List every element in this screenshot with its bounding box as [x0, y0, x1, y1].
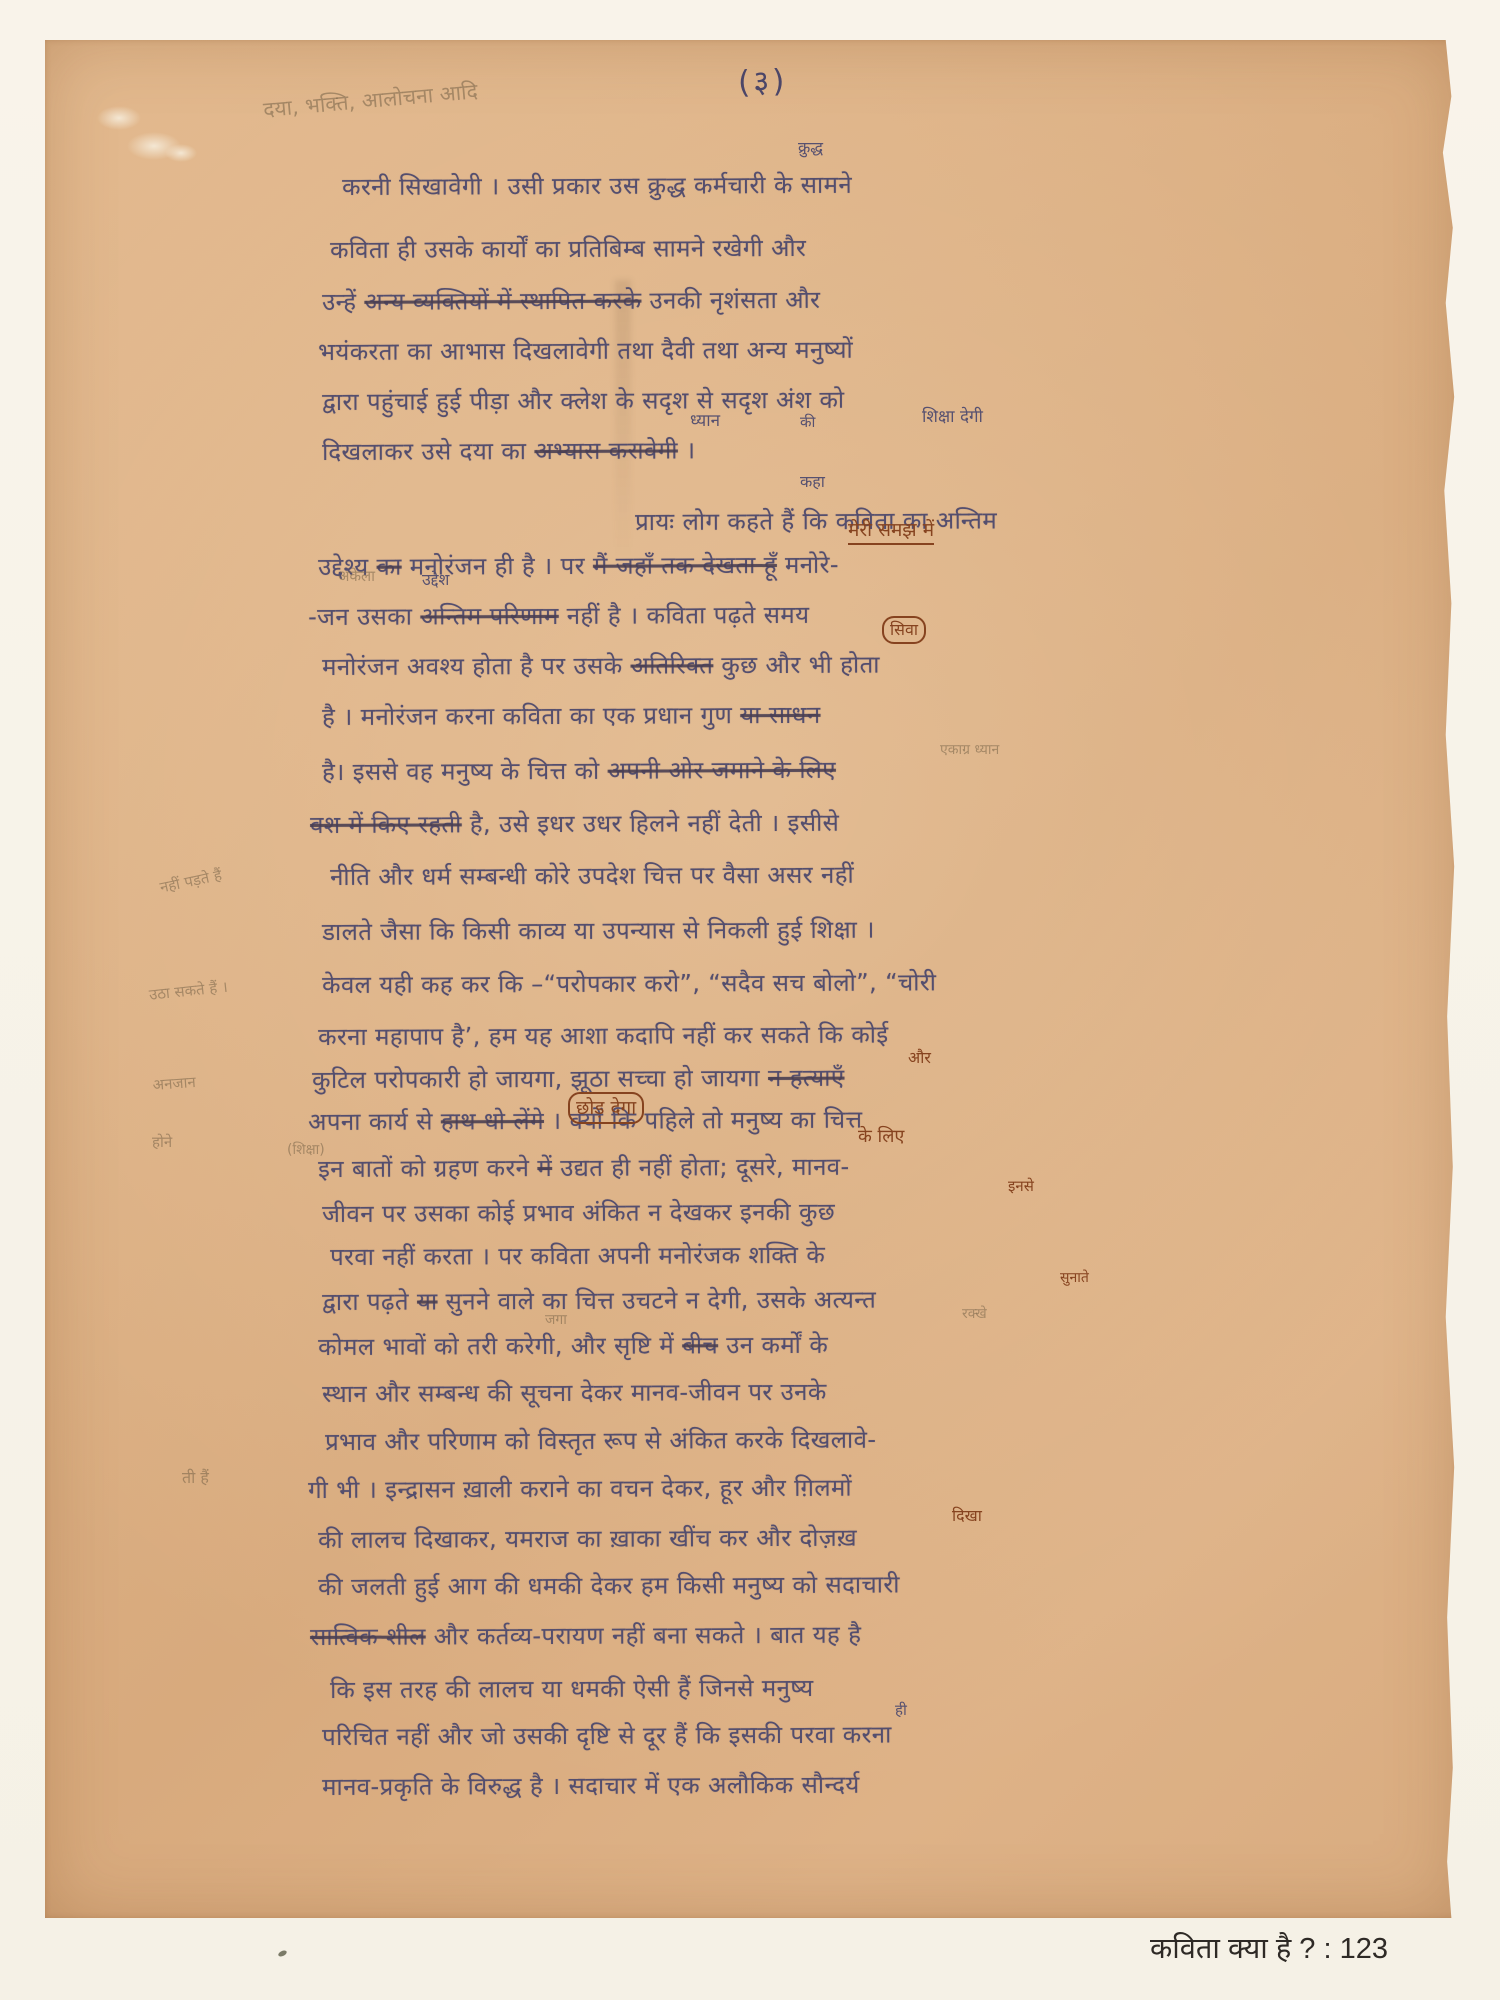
manuscript-line: स्थान और सम्बन्ध की सूचना देकर मानव-जीवन…: [322, 1375, 827, 1410]
insert-annotation: दिखा: [952, 1504, 982, 1526]
hand-text: कोमल भावों को तरी करेगी, और सृष्टि में: [318, 1331, 682, 1361]
hand-text: कविता ही उसके कार्यों का प्रतिबिम्ब सामन…: [330, 234, 806, 264]
manuscript-line: सात्विक शील और कर्तव्य-परायण नहीं बना सक…: [310, 1618, 861, 1653]
struck-text: अन्तिम परिणाम: [420, 602, 559, 631]
hand-text: की जलती हुई आग की धमकी देकर हम किसी मनुष…: [318, 1570, 900, 1601]
insert-annotation: ध्यान: [690, 408, 720, 431]
manuscript-line: इन बातों को ग्रहण करने में उद्यत ही नहीं…: [318, 1150, 850, 1185]
insert-annotation: सुनाते: [1060, 1268, 1089, 1287]
margin-annotation: उठा सकते हैं ।: [148, 977, 229, 1005]
margin-annotation: अनजान: [152, 1072, 196, 1095]
insert-annotation: इनसे: [1008, 1176, 1034, 1196]
hand-text: -जन उसका: [308, 603, 420, 631]
hand-text: करना महापाप है’, हम यह आशा कदापि नहीं कर…: [318, 1021, 889, 1051]
hand-text: उन्हें: [322, 288, 364, 316]
hand-text: दिखलाकर उसे दया का: [322, 437, 534, 466]
insert-annotation: कहा: [800, 470, 825, 492]
struck-text: में: [537, 1154, 552, 1182]
manuscript-line: गी भी । इन्द्रासन ख़ाली कराने का वचन देक…: [308, 1471, 852, 1506]
struck-text: या साधन: [740, 701, 820, 729]
manuscript-line: कुटिल परोपकारी हो जायगा, झूठा सच्चा हो ज…: [312, 1061, 845, 1096]
hand-text: प्रभाव और परिणाम को विस्तृत रूप से अंकित…: [325, 1426, 876, 1456]
manuscript-line: नीति और धर्म सम्बन्धी कोरे उपदेश चित्त प…: [330, 858, 854, 893]
insert-annotation: मेरी समझ में: [848, 516, 934, 545]
insert-annotation: एकाग्र ध्यान: [940, 740, 999, 759]
insert-annotation: के लिए: [858, 1124, 904, 1148]
insert-annotation: की: [800, 412, 815, 432]
manuscript-line: डालते जैसा कि किसी काव्य या उपन्यास से न…: [322, 913, 875, 948]
manuscript-line: करनी सिखावेगी । उसी प्रकार उस क्रुद्ध कर…: [342, 168, 852, 203]
scanned-manuscript-screenshot: { "page": { "number_label": "(३)", "capt…: [0, 0, 1500, 2000]
manuscript-line: उन्हें अन्य व्यक्तियों में स्थापित करके …: [322, 283, 820, 318]
manuscript-line: है। इससे वह मनुष्य के चित्त को अपनी ओर ज…: [322, 753, 836, 788]
struck-text: का: [377, 553, 402, 581]
struck-text: मैं जहाँ तक देखता हूँ: [593, 551, 777, 580]
page-number: (३): [737, 59, 788, 103]
hand-text: उन कर्मों के: [718, 1331, 828, 1359]
manuscript-line: प्रायः लोग कहते हैं कि कविता का अन्तिम: [635, 503, 997, 538]
manuscript-line: करना महापाप है’, हम यह आशा कदापि नहीं कर…: [318, 1018, 889, 1053]
struck-text: अतिरिक्त: [630, 651, 713, 679]
hand-text: गी भी । इन्द्रासन ख़ाली कराने का वचन देक…: [308, 1474, 852, 1504]
hand-text: द्वारा पहुंचाई हुई पीड़ा और क्लेश के सदृ…: [322, 386, 845, 416]
hand-text: परिचित नहीं और जो उसकी दृष्टि से दूर हैं…: [322, 1721, 892, 1751]
hand-text: द्वारा पढ़ते: [322, 1288, 417, 1316]
handwriting-layer: (३) करनी सिखावेगी । उसी प्रकार उस क्रुद्…: [0, 0, 1500, 2000]
manuscript-line: मनोरंजन अवश्य होता है पर उसके अतिरिक्त क…: [322, 648, 880, 683]
manuscript-line: कोमल भावों को तरी करेगी, और सृष्टि में ब…: [318, 1328, 828, 1363]
hand-text: केवल यही कह कर कि –“परोपकार करो”, “सदैव …: [322, 968, 936, 999]
struck-text: अन्य व्यक्तियों में स्थापित करके: [364, 287, 641, 316]
insert-annotation: अकेला: [338, 566, 375, 586]
manuscript-line: है । मनोरंजन करना कविता का एक प्रधान गुण…: [322, 698, 821, 733]
margin-annotation: दया, भक्ति, आलोचना आदि: [262, 77, 479, 124]
insert-annotation: शिक्षा देगी: [922, 404, 983, 427]
hand-text: है। इससे वह मनुष्य के चित्त को: [322, 757, 608, 786]
insert-annotation: (शिक्षा): [287, 1140, 325, 1159]
manuscript-line: मानव-प्रकृति के विरुद्ध है । सदाचार में …: [322, 1768, 860, 1803]
struck-text: सात्विक शील: [310, 1622, 426, 1651]
manuscript-line: परवा नहीं करता । पर कविता अपनी मनोरंजक श…: [330, 1238, 825, 1273]
manuscript-line: दिखलाकर उसे दया का अभ्यास करावेगी ।: [322, 433, 695, 468]
struck-text: न हत्याएँ: [768, 1064, 845, 1092]
struck-text: अपनी ओर जमाने के लिए: [608, 756, 836, 785]
manuscript-line: -जन उसका अन्तिम परिणाम नहीं है । कविता प…: [308, 598, 810, 633]
hand-text: कि इस तरह की लालच या धमकी ऐसी हैं जिनसे …: [330, 1674, 814, 1704]
hand-text: अपना कार्य से: [308, 1107, 441, 1136]
hand-text: सुनने वाले का चित्त उचटने न देगी, उसके अ…: [437, 1286, 876, 1316]
hand-text: कुटिल परोपकारी हो जायगा, झूठा सच्चा हो ज…: [312, 1064, 768, 1094]
hand-text: नहीं है । कविता पढ़ते समय: [559, 601, 810, 630]
hand-text: स्थान और सम्बन्ध की सूचना देकर मानव-जीवन…: [322, 1378, 827, 1408]
manuscript-line: प्रभाव और परिणाम को विस्तृत रूप से अंकित…: [325, 1423, 876, 1458]
manuscript-line: भयंकरता का आभास दिखलावेगी तथा दैवी तथा अ…: [318, 333, 853, 368]
hand-text: इन बातों को ग्रहण करने: [318, 1154, 537, 1183]
manuscript-line: परिचित नहीं और जो उसकी दृष्टि से दूर हैं…: [322, 1718, 892, 1753]
insert-annotation: जगा: [545, 1310, 567, 1329]
hand-text: जीवन पर उसका कोई प्रभाव अंकित न देखकर इन…: [322, 1198, 835, 1228]
hand-text: नीति और धर्म सम्बन्धी कोरे उपदेश चित्त प…: [330, 861, 854, 891]
insert-annotation: रक्खे: [962, 1304, 987, 1323]
manuscript-line: जीवन पर उसका कोई प्रभाव अंकित न देखकर इन…: [322, 1195, 835, 1230]
struck-text: अभ्यास करावेगी: [534, 436, 678, 465]
hand-text: परवा नहीं करता । पर कविता अपनी मनोरंजक श…: [330, 1241, 825, 1271]
manuscript-line: केवल यही कह कर कि –“परोपकार करो”, “सदैव …: [322, 965, 936, 1001]
hand-text: ।: [678, 436, 696, 464]
hand-text: उद्यत ही नहीं होता; दूसरे, मानव-: [552, 1153, 850, 1182]
manuscript-line: कविता ही उसके कार्यों का प्रतिबिम्ब सामन…: [330, 231, 806, 266]
manuscript-line: द्वारा पहुंचाई हुई पीड़ा और क्लेश के सदृ…: [322, 383, 845, 418]
hand-text: है, उसे इधर उधर हिलने नहीं देती । इसीसे: [462, 809, 840, 839]
hand-text: प्रायः लोग कहते हैं कि कविता का अन्तिम: [635, 506, 997, 536]
insert-annotation: ही: [895, 1700, 907, 1720]
hand-text: उनकी नृशंसता और: [641, 286, 820, 315]
hand-text: और कर्तव्य-परायण नहीं बना सकते । बात यह …: [426, 1621, 862, 1651]
insert-annotation: और: [908, 1046, 931, 1068]
insert-annotation: छोड़ देगा: [568, 1092, 644, 1124]
insert-annotation: क्रुद्ध: [798, 136, 823, 158]
manuscript-line: की जलती हुई आग की धमकी देकर हम किसी मनुष…: [318, 1567, 900, 1603]
margin-annotation: होने: [152, 1132, 172, 1152]
insert-annotation: उद्देश: [422, 568, 449, 590]
struck-text: बीच: [682, 1331, 718, 1359]
hand-text: है । मनोरंजन करना कविता का एक प्रधान गुण: [322, 701, 740, 731]
hand-text: भयंकरता का आभास दिखलावेगी तथा दैवी तथा अ…: [318, 336, 853, 366]
manuscript-line: द्वारा पढ़ते या सुनने वाले का चित्त उचटन…: [322, 1283, 876, 1318]
hand-text: मनोरे-: [777, 551, 839, 579]
struck-text: हाथ धो लेंगे: [441, 1107, 544, 1135]
hand-text: करनी सिखावेगी । उसी प्रकार उस क्रुद्ध कर…: [342, 171, 852, 201]
hand-text: डालते जैसा कि किसी काव्य या उपन्यास से न…: [322, 916, 875, 946]
hand-text: की लालच दिखाकर, यमराज का ख़ाका खींच कर औ…: [318, 1524, 857, 1554]
insert-annotation: सिवा: [882, 616, 926, 644]
manuscript-line: वश में किए रहती है, उसे इधर उधर हिलने नह…: [310, 806, 839, 841]
manuscript-line: उद्देश्य का मनोरंजन ही है । पर मैं जहाँ …: [318, 548, 839, 583]
hand-text: कुछ और भी होता: [713, 651, 880, 680]
margin-annotation: ती हैं: [182, 1466, 209, 1488]
struck-text: या: [417, 1287, 438, 1315]
manuscript-line: कि इस तरह की लालच या धमकी ऐसी हैं जिनसे …: [330, 1671, 814, 1706]
struck-text: वश में किए रहती: [310, 810, 462, 839]
hand-text: मनोरंजन अवश्य होता है पर उसके: [322, 652, 631, 681]
hand-text: मानव-प्रकृति के विरुद्ध है । सदाचार में …: [322, 1771, 860, 1801]
print-caption: कविता क्या है ? : 123: [1150, 1928, 1388, 1967]
margin-annotation: नहीं पड़ते हैं: [158, 865, 224, 898]
manuscript-line: की लालच दिखाकर, यमराज का ख़ाका खींच कर औ…: [318, 1521, 857, 1556]
